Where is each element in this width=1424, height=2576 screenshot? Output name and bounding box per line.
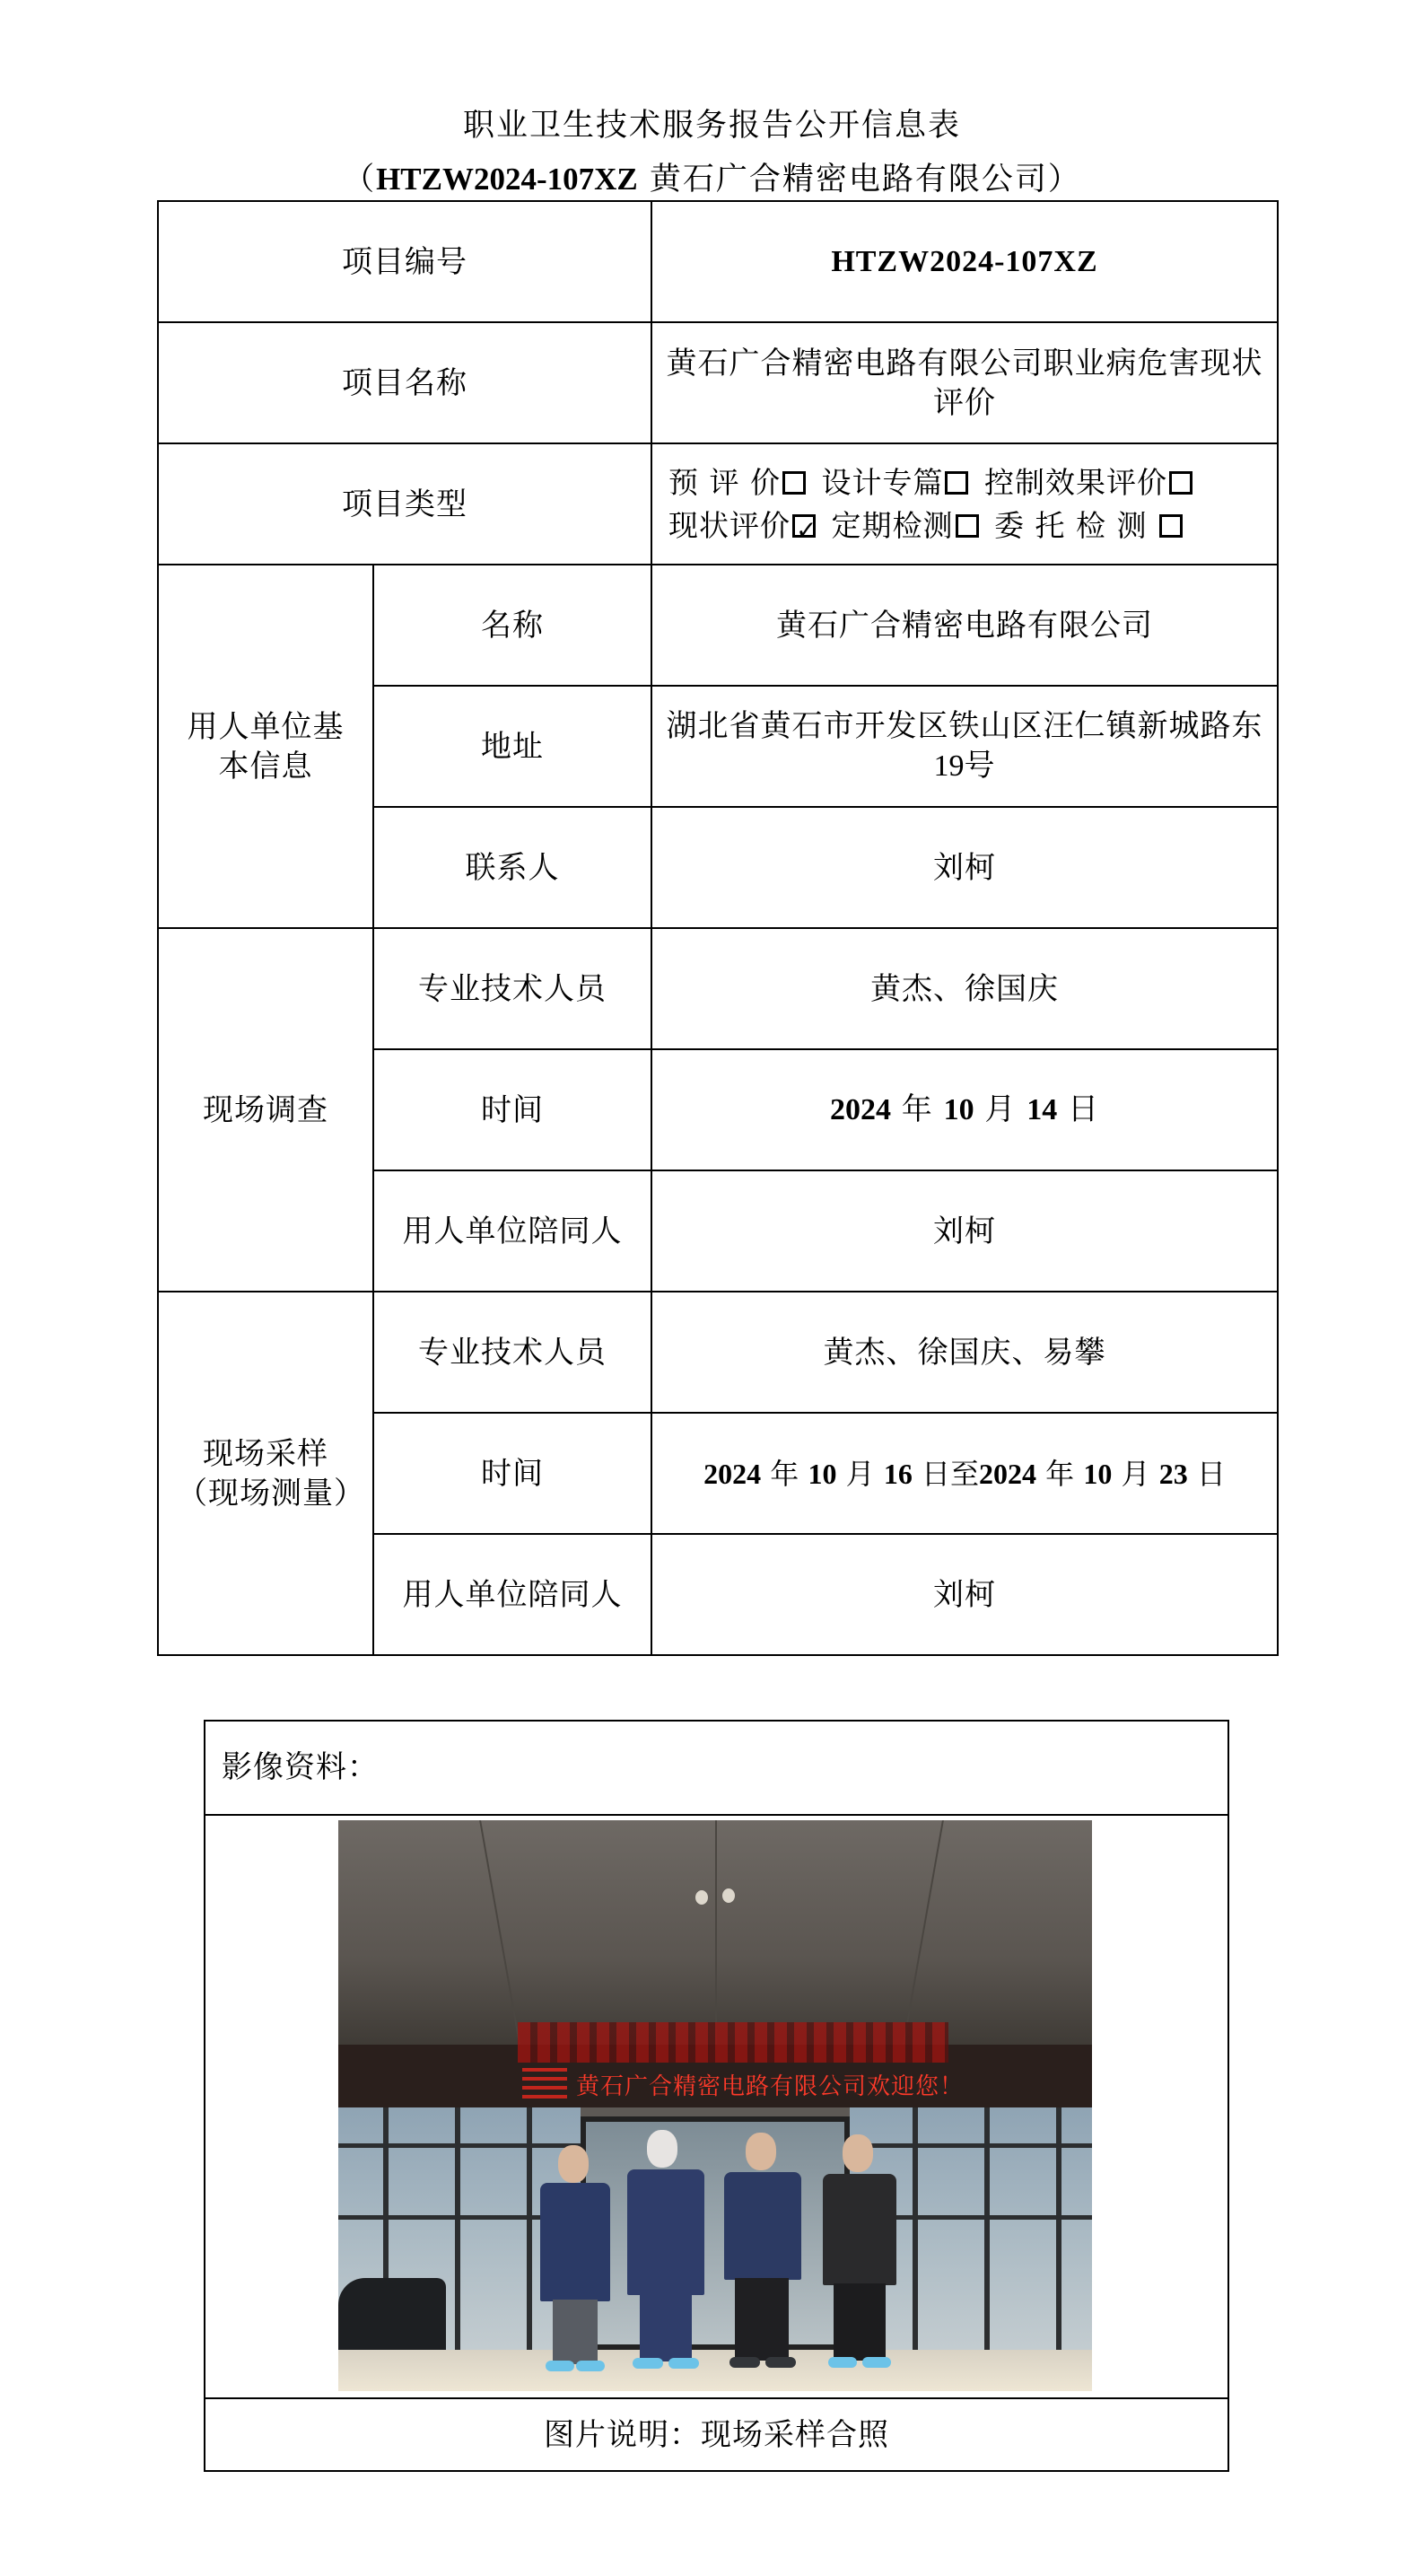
option-entrusted-test-checkbox[interactable] bbox=[1159, 514, 1183, 538]
option-pre-evaluation-label: 预 评 价 bbox=[668, 465, 781, 500]
unit-day-to: 日至 bbox=[913, 1457, 979, 1491]
person-trousers bbox=[553, 2300, 598, 2364]
address-number: 19 bbox=[934, 749, 965, 783]
window-frame bbox=[527, 2107, 532, 2350]
photo-floor bbox=[338, 2350, 1092, 2391]
row-project-type: 项目类型 预 评 价 设计专篇 控制效果评价 现状评价 定期检测 委 托 检 测 bbox=[158, 443, 1278, 565]
document-subtitle: （HTZW2024-107XZ 黄石广合精密电路有限公司） bbox=[0, 154, 1424, 199]
led-datetime-panel bbox=[522, 2068, 567, 2104]
employer-address-value: 湖北省黄石市开发区铁山区汪仁镇新城路东19号 bbox=[651, 686, 1278, 807]
shoe-cover bbox=[828, 2357, 857, 2368]
sampling-staff-value: 黄杰、徐国庆、易攀 bbox=[651, 1292, 1278, 1413]
employer-contact-value: 刘柯 bbox=[651, 807, 1278, 928]
option-pre-evaluation-checkbox[interactable] bbox=[782, 471, 806, 495]
window-frame bbox=[1056, 2107, 1061, 2350]
project-no-label: 项目编号 bbox=[158, 201, 651, 322]
window-frame bbox=[455, 2107, 460, 2350]
ceiling-lamp-icon bbox=[695, 1890, 708, 1905]
year-unit: 年 bbox=[891, 1091, 944, 1127]
led-sign-reflection bbox=[518, 2022, 948, 2063]
person-tshirt bbox=[823, 2174, 896, 2285]
person-hairnet bbox=[647, 2130, 677, 2168]
sampling-staff-label: 专业技术人员 bbox=[373, 1292, 651, 1413]
person-trousers bbox=[735, 2278, 789, 2361]
project-no-value: HTZW2024-107XZ bbox=[651, 201, 1278, 322]
end-year: 2024 bbox=[979, 1458, 1036, 1490]
sampling-group-label: 现场采样（现场测量） bbox=[158, 1292, 373, 1655]
sampling-time-label: 时间 bbox=[373, 1413, 651, 1534]
person-trousers bbox=[834, 2283, 886, 2361]
address-text: 湖北省黄石市开发区铁山区汪仁镇新城路东 bbox=[667, 708, 1263, 744]
window-frame bbox=[984, 2107, 990, 2350]
media-label: 影像资料： bbox=[205, 1722, 1227, 1816]
site-photo: 黄石广合精密电路有限公司欢迎您！ bbox=[338, 1820, 1092, 2391]
survey-staff-label: 专业技术人员 bbox=[373, 928, 651, 1049]
end-month: 10 bbox=[1083, 1458, 1112, 1490]
employer-name-label: 名称 bbox=[373, 565, 651, 686]
subtitle-project-code: HTZW2024-107XZ bbox=[376, 162, 638, 197]
option-entrusted-test-label: 委 托 检 测 bbox=[994, 508, 1158, 543]
ceiling-seam bbox=[715, 1820, 717, 2054]
start-year: 2024 bbox=[703, 1458, 761, 1490]
employer-name-value: 黄石广合精密电路有限公司 bbox=[651, 565, 1278, 686]
ceiling-lamp-icon bbox=[722, 1888, 735, 1903]
project-name-label: 项目名称 bbox=[158, 322, 651, 443]
shoe-cover bbox=[633, 2358, 663, 2369]
sampling-escort-value: 刘柯 bbox=[651, 1534, 1278, 1655]
option-periodic-test-label: 定期检测 bbox=[832, 508, 954, 543]
media-section: 影像资料： 黄石广合精密电路有限公司欢迎您！ bbox=[204, 1720, 1229, 2472]
project-type-label: 项目类型 bbox=[158, 443, 651, 565]
survey-month: 10 bbox=[944, 1093, 974, 1126]
person-jacket bbox=[627, 2169, 704, 2295]
info-table: 项目编号 HTZW2024-107XZ 项目名称 黄石广合精密电路有限公司职业病… bbox=[157, 200, 1279, 1656]
shoe-cover bbox=[668, 2358, 699, 2369]
row-employer-name: 用人单位基本信息 名称 黄石广合精密电路有限公司 bbox=[158, 565, 1278, 686]
row-project-name: 项目名称 黄石广合精密电路有限公司职业病危害现状评价 bbox=[158, 322, 1278, 443]
person-head bbox=[558, 2145, 589, 2183]
survey-group-label: 现场调查 bbox=[158, 928, 373, 1292]
person-trousers bbox=[640, 2293, 692, 2361]
row-survey-staff: 现场调查 专业技术人员 黄杰、徐国庆 bbox=[158, 928, 1278, 1049]
sampling-time-value: 2024 年 10 月 16 日至2024 年 10 月 23 日 bbox=[651, 1413, 1278, 1534]
unit-month: 月 bbox=[836, 1457, 883, 1491]
survey-escort-value: 刘柯 bbox=[651, 1170, 1278, 1292]
day-unit: 日 bbox=[1057, 1091, 1099, 1127]
subtitle-company: 黄石广合精密电路有限公司） bbox=[638, 162, 1081, 197]
row-sampling-staff: 现场采样（现场测量） 专业技术人员 黄杰、徐国庆、易攀 bbox=[158, 1292, 1278, 1413]
sampling-escort-label: 用人单位陪同人 bbox=[373, 1534, 651, 1655]
survey-staff-value: 黄杰、徐国庆 bbox=[651, 928, 1278, 1049]
photo-caption: 图片说明：现场采样合照 bbox=[205, 2399, 1227, 2472]
entrance-door bbox=[581, 2116, 850, 2350]
address-suffix: 号 bbox=[965, 748, 996, 784]
person-head bbox=[746, 2133, 776, 2170]
employer-contact-label: 联系人 bbox=[373, 807, 651, 928]
shoe-cover bbox=[546, 2361, 574, 2371]
survey-year: 2024 bbox=[830, 1093, 891, 1126]
shoe-cover bbox=[576, 2361, 605, 2371]
row-project-no: 项目编号 HTZW2024-107XZ bbox=[158, 201, 1278, 322]
shoe bbox=[729, 2357, 760, 2368]
option-design-checkbox[interactable] bbox=[945, 471, 968, 495]
survey-escort-label: 用人单位陪同人 bbox=[373, 1170, 651, 1292]
start-day: 16 bbox=[884, 1458, 913, 1490]
employer-group-label: 用人单位基本信息 bbox=[158, 565, 373, 928]
survey-time-value: 2024 年 10 月 14 日 bbox=[651, 1049, 1278, 1170]
unit-year: 年 bbox=[1036, 1457, 1083, 1491]
survey-time-label: 时间 bbox=[373, 1049, 651, 1170]
person-polo bbox=[724, 2172, 801, 2280]
unit-month: 月 bbox=[1112, 1457, 1158, 1491]
option-control-effect-checkbox[interactable] bbox=[1169, 471, 1192, 495]
option-control-effect-label: 控制效果评价 bbox=[984, 465, 1167, 500]
option-design-label: 设计专篇 bbox=[821, 465, 943, 500]
photo-row: 黄石广合精密电路有限公司欢迎您！ bbox=[205, 1816, 1227, 2399]
person-jacket bbox=[540, 2183, 610, 2301]
project-name-value: 黄石广合精密电路有限公司职业病危害现状评价 bbox=[651, 322, 1278, 443]
document-title: 职业卫生技术服务报告公开信息表 bbox=[0, 101, 1424, 145]
subtitle-open-paren: （ bbox=[343, 162, 376, 197]
option-periodic-test-checkbox[interactable] bbox=[956, 514, 979, 538]
month-unit: 月 bbox=[974, 1091, 1027, 1127]
start-month: 10 bbox=[808, 1458, 836, 1490]
shoe-cover bbox=[862, 2357, 891, 2368]
shoe bbox=[765, 2357, 796, 2368]
window-frame bbox=[913, 2107, 918, 2350]
person-head bbox=[843, 2134, 873, 2172]
unit-day: 日 bbox=[1188, 1457, 1226, 1491]
unit-year: 年 bbox=[761, 1457, 808, 1491]
end-day: 23 bbox=[1159, 1458, 1188, 1490]
project-type-options: 预 评 价 设计专篇 控制效果评价 现状评价 定期检测 委 托 检 测 bbox=[651, 443, 1278, 565]
survey-day: 14 bbox=[1027, 1093, 1057, 1126]
option-status-evaluation-label: 现状评价 bbox=[668, 508, 791, 543]
employer-address-label: 地址 bbox=[373, 686, 651, 807]
option-status-evaluation-checkbox-checked[interactable] bbox=[792, 514, 816, 538]
led-sign-text: 黄石广合精密电路有限公司欢迎您！ bbox=[576, 2068, 964, 2101]
